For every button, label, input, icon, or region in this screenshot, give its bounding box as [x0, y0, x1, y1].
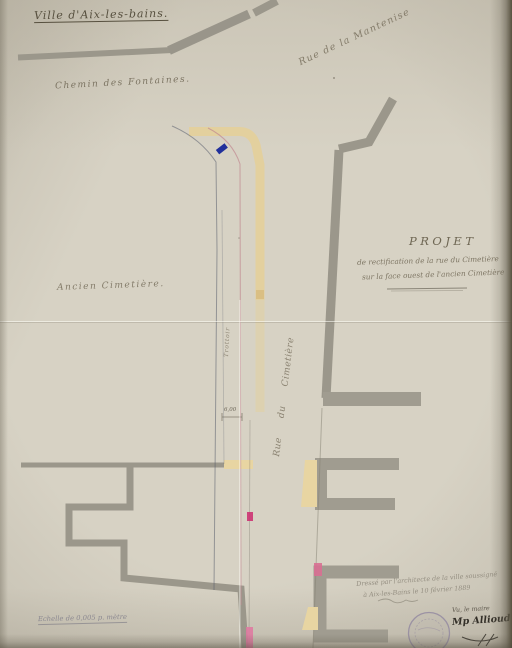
- dot-2: [238, 237, 240, 239]
- road-chemin-fontaines: [18, 50, 172, 58]
- tan-patch-west-wall: [224, 460, 253, 469]
- pencil-signature-squiggle: [378, 599, 418, 603]
- tan-patch-east-2: [301, 460, 317, 507]
- alignment-line-pink: [208, 128, 241, 605]
- map-linework: [0, 0, 512, 648]
- wall-east-vertical: [326, 150, 339, 398]
- road-chemin-fontaines-diagonal: [169, 14, 249, 51]
- dimension-ticks: [222, 413, 242, 421]
- building-east-2: [321, 464, 399, 504]
- pink-mark-east-3: [314, 563, 322, 576]
- dimension-label: 6,00: [224, 407, 236, 413]
- alignment-line-west: [172, 126, 217, 590]
- tan-band-tip: [256, 290, 264, 299]
- dot-1: [333, 77, 335, 79]
- survey-marker-icon: [216, 143, 228, 154]
- road-top-right-corner: [254, 1, 277, 13]
- subtitle-underline: [387, 288, 467, 289]
- tan-patch-east-3: [302, 607, 318, 630]
- subtitle-underline-2: [391, 291, 463, 292]
- pink-band-bottom: [246, 627, 253, 648]
- pink-mark-west: [247, 512, 253, 521]
- city-title: Ville d'Aix-les-bains.: [34, 7, 169, 22]
- wall-east-upper: [339, 99, 393, 149]
- signature-paraph: [462, 634, 498, 646]
- tan-alignment-band: [189, 132, 260, 301]
- project-title: PROJET: [409, 234, 477, 248]
- stamp-icon: [409, 613, 450, 648]
- west-curb-lower: [249, 420, 250, 648]
- plan-document: Ville d'Aix-les-bains. Chemin des Fontai…: [0, 0, 512, 648]
